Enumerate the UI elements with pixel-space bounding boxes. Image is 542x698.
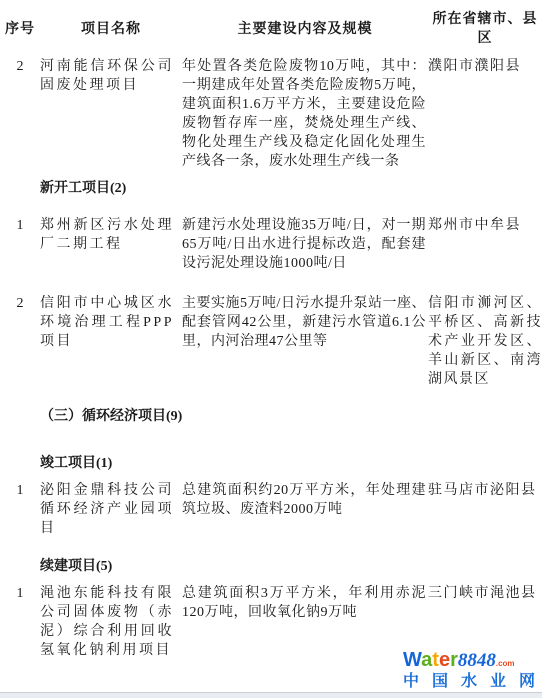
logo-number: 8848 (458, 650, 496, 671)
project-location: 信阳市浉河区、平桥区、高新技术产业开发区、羊山新区、南湾湖风景区 (428, 294, 542, 389)
logo-letter: a (421, 649, 432, 671)
logo-letter: r (450, 649, 458, 671)
project-content: 主要实施5万吨/日污水提升泵站一座、配套管网42公里，新建污水管道6.1公里，内… (182, 294, 428, 389)
section-heading-completed: 竣工项目(1) (40, 454, 542, 473)
water8848-logo: Water8848.com 中 国 水 业 网 (403, 650, 539, 690)
section-heading-continued: 续建项目(5) (40, 557, 542, 576)
row-number: 1 (0, 584, 40, 660)
header-col-location: 所在省辖市、县区 (428, 10, 542, 48)
table-row-zhengzhou-wastewater: 1 郑州新区污水处理厂二期工程 新建污水处理设施35万吨/日，对一期65万吨/日… (0, 216, 542, 273)
project-location: 驻马店市泌阳县 (428, 481, 542, 538)
header-col-num: 序号 (0, 20, 40, 39)
row-number: 2 (0, 294, 40, 389)
logo-tld: .com (496, 659, 515, 668)
project-name: 河南能信环保公司固废处理项目 (40, 57, 182, 171)
project-location: 濮阳市濮阳县 (428, 57, 542, 171)
tagline-char: 业 (490, 674, 506, 690)
section-heading-new-start: 新开工项目(2) (40, 179, 542, 198)
header-col-project-name: 项目名称 (40, 20, 182, 39)
project-name: 郑州新区污水处理厂二期工程 (40, 216, 182, 273)
tagline-char: 网 (519, 674, 535, 690)
logo-letter: t (432, 649, 439, 671)
tagline-char: 国 (432, 674, 448, 690)
header-col-content-scale: 主要建设内容及规模 (182, 20, 428, 39)
table-row-henan-nengxin: 2 河南能信环保公司固废处理项目 年处置各类危险废物10万吨，其中：一期建成年处… (0, 57, 542, 171)
logo-tagline: 中 国 水 业 网 (403, 674, 535, 690)
tagline-char: 中 (403, 674, 419, 690)
logo-letter: e (439, 649, 450, 671)
project-location: 郑州市中牟县 (428, 216, 542, 273)
water8848-wordmark: Water8848.com (403, 650, 539, 670)
document-page: 序号 项目名称 主要建设内容及规模 所在省辖市、县区 2 河南能信环保公司固废处… (0, 0, 542, 698)
project-name: 渑池东能科技有限公司固体废物（赤泥）综合利用回收氢氧化钠利用项目 (40, 584, 182, 660)
section-heading-circular-economy: （三）循环经济项目(9) (40, 407, 542, 426)
tagline-char: 水 (461, 674, 477, 690)
project-content: 总建筑面积约20万平方米，年处理建筑垃圾、废渣料2000万吨 (182, 481, 428, 538)
table-header-row: 序号 项目名称 主要建设内容及规模 所在省辖市、县区 (0, 0, 542, 48)
row-number: 2 (0, 57, 40, 171)
project-content: 总建筑面积3万平方米，年利用赤泥120万吨，回收氧化钠9万吨 (182, 584, 428, 660)
table-row-mianchi-dongneng: 1 渑池东能科技有限公司固体废物（赤泥）综合利用回收氢氧化钠利用项目 总建筑面积… (0, 584, 542, 660)
project-content: 年处置各类危险废物10万吨，其中：一期建成年处置各类危险废物5万吨，建筑面积1.… (182, 57, 428, 171)
bottom-edge-strip (0, 692, 542, 698)
table-row-xinyang-ppp: 2 信阳市中心城区水环境治理工程PPP项目 主要实施5万吨/日污水提升泵站一座、… (0, 294, 542, 389)
logo-letter: W (403, 649, 421, 671)
project-name: 泌阳金鼎科技公司循环经济产业园项目 (40, 481, 182, 538)
project-content: 新建污水处理设施35万吨/日，对一期65万吨/日出水进行提标改造，配套建设污泥处… (182, 216, 428, 273)
project-name: 信阳市中心城区水环境治理工程PPP项目 (40, 294, 182, 389)
row-number: 1 (0, 481, 40, 538)
row-number: 1 (0, 216, 40, 273)
table-row-biyang-jinding: 1 泌阳金鼎科技公司循环经济产业园项目 总建筑面积约20万平方米，年处理建筑垃圾… (0, 481, 542, 538)
